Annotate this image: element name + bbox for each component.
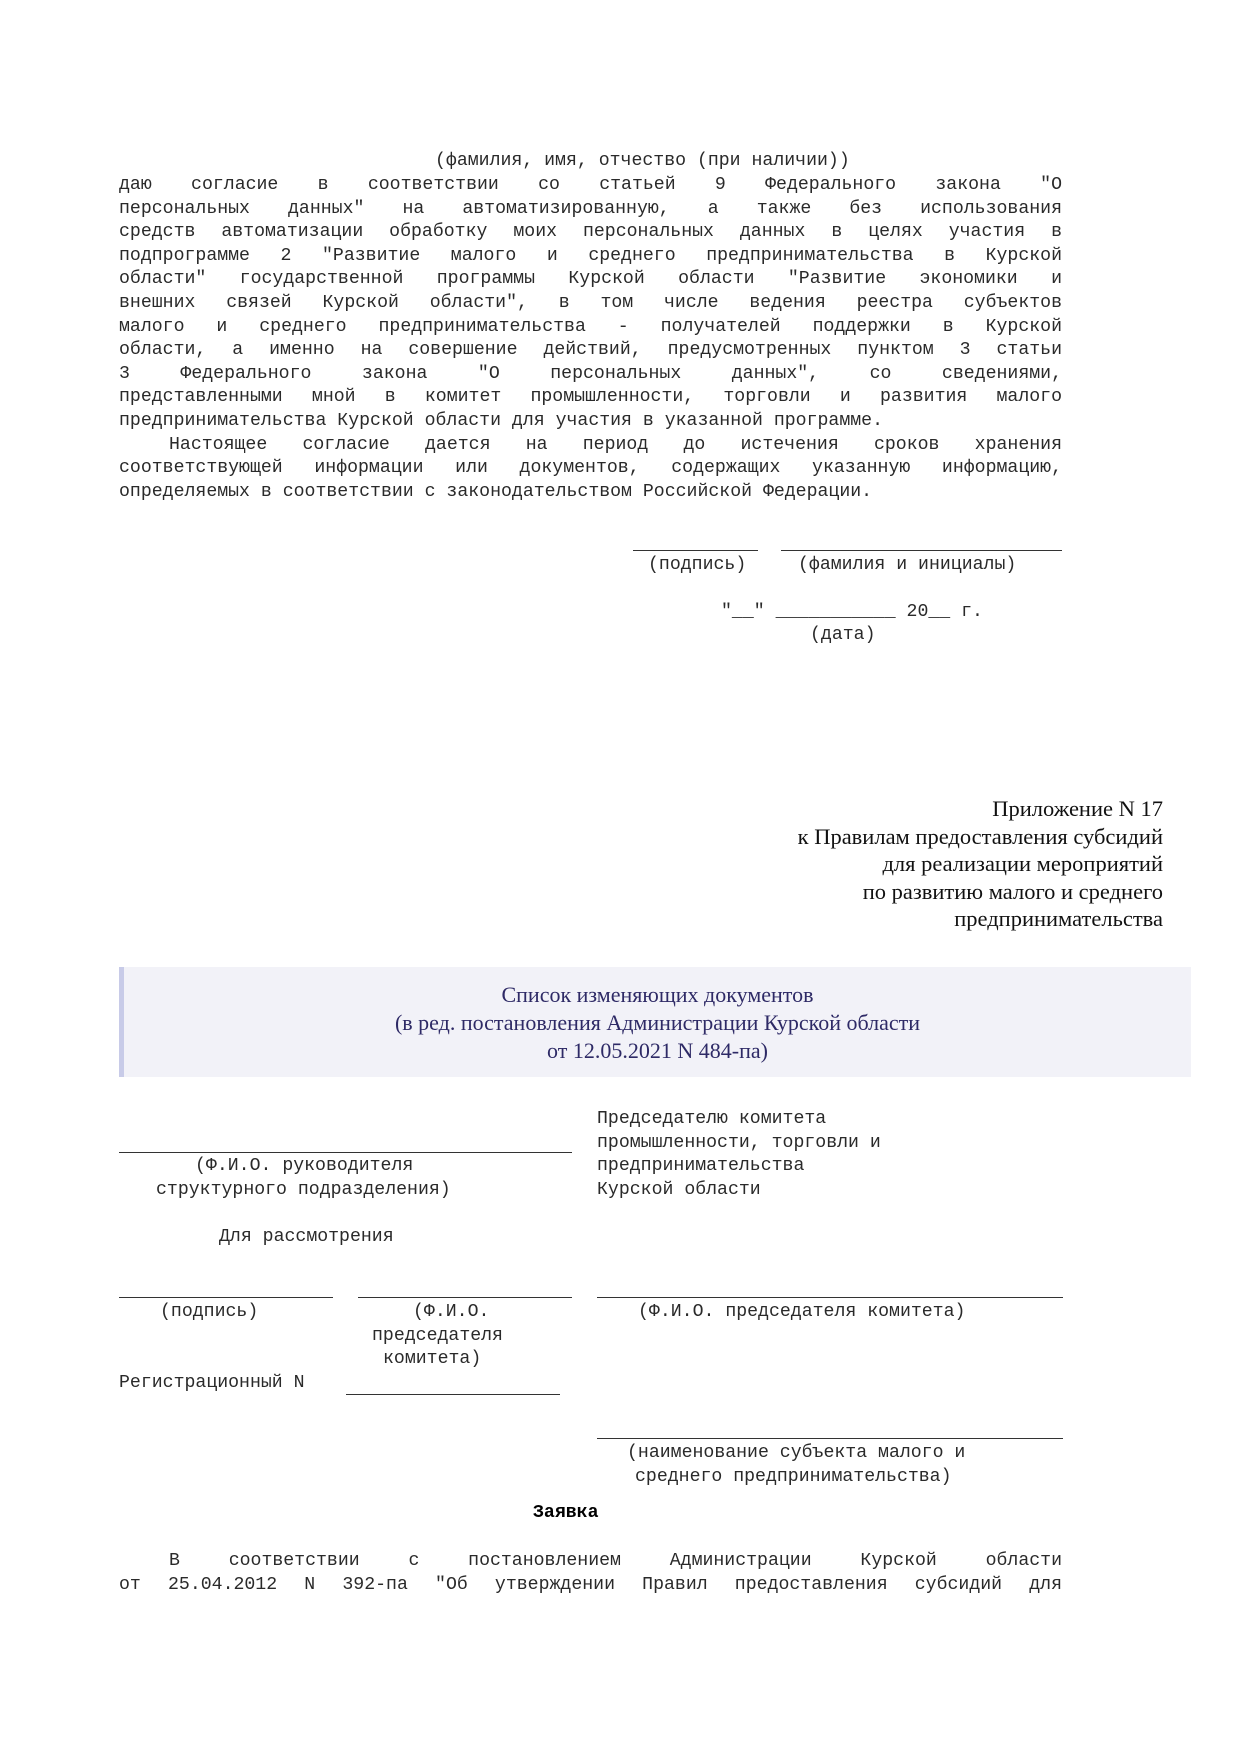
sig-line — [119, 1297, 333, 1298]
appendix-heading: Приложение N 17 к Правилам предоставлени… — [798, 795, 1163, 933]
chair-caption: (Ф.И.О. — [413, 1301, 489, 1325]
head-caption: структурного подразделения) — [156, 1179, 451, 1203]
entity-name-line — [597, 1438, 1063, 1439]
addressee-line: Курской области — [597, 1179, 761, 1203]
chair-caption: комитета) — [383, 1348, 481, 1372]
date-line: "__" ___________ 20__ г. — [721, 601, 983, 625]
application-title: Заявка — [533, 1502, 599, 1526]
addressee-line: Председателю комитета — [597, 1108, 826, 1132]
consent-line: области, а именно на совершение действий… — [119, 339, 1062, 363]
appendix-line: для реализации мероприятий — [798, 850, 1163, 878]
changes-title: Список изменяющих документов — [124, 981, 1191, 1009]
consent-line: подпрограмме 2 "Развитие малого и средне… — [119, 245, 1062, 269]
consent-line: даю согласие в соответствии со статьей 9… — [119, 174, 1062, 198]
changes-line: (в ред. постановления Администрации Курс… — [124, 1009, 1191, 1037]
chair-caption: председателя — [372, 1325, 503, 1349]
consent-para2-line: Настоящее согласие дается на период до и… — [169, 434, 1062, 458]
entity-caption: среднего предпринимательства) — [635, 1466, 952, 1490]
consent-last-line: предпринимательства Курской области для … — [119, 410, 883, 434]
signature-line — [633, 550, 758, 551]
consent-para2-last: определяемых в соответствии с законодате… — [119, 481, 872, 505]
appendix-line: к Правилам предоставления субсидий — [798, 823, 1163, 851]
sig-caption: (подпись) — [160, 1301, 258, 1325]
addressee-line: промышленности, торговли и — [597, 1132, 881, 1156]
head-caption: (Ф.И.О. руководителя — [195, 1155, 413, 1179]
consent-line: 3 Федерального закона "О персональных да… — [119, 363, 1062, 387]
consent-para2-line: соответствующей информации или документо… — [119, 457, 1062, 481]
appendix-line: предпринимательства — [798, 905, 1163, 933]
chair-name-line — [358, 1297, 572, 1298]
consent-line: малого и среднего предпринимательства - … — [119, 316, 1062, 340]
fio-caption: (фамилия, имя, отчество (при наличии)) — [435, 150, 850, 174]
application-body-line: В соответствии с постановлением Админист… — [169, 1550, 1062, 1574]
consent-line: представленными мной в комитет промышлен… — [119, 386, 1062, 410]
consent-line: персональных данных" на автоматизированн… — [119, 198, 1062, 222]
chair-full-line — [597, 1297, 1063, 1298]
addressee-line: предпринимательства — [597, 1155, 804, 1179]
consent-line: внешних связей Курской области", в том ч… — [119, 292, 1062, 316]
changes-box: Список изменяющих документов (в ред. пос… — [119, 967, 1191, 1077]
reg-label: Регистрационный N — [119, 1372, 305, 1396]
head-name-line — [119, 1152, 572, 1153]
consent-line: средств автоматизации обработку моих пер… — [119, 221, 1062, 245]
changes-link[interactable]: от 12.05.2021 N 484-па) — [124, 1037, 1191, 1065]
name-caption: (фамилия и инициалы) — [798, 554, 1016, 578]
appendix-line: по развитию малого и среднего — [798, 878, 1163, 906]
signature-caption: (подпись) — [648, 554, 746, 578]
name-line — [781, 550, 1062, 551]
chair-full-caption: (Ф.И.О. председателя комитета) — [638, 1301, 965, 1325]
application-body-line: от 25.04.2012 N 392-па "Об утверждении П… — [119, 1574, 1062, 1598]
for-review: Для рассмотрения — [219, 1226, 394, 1250]
reg-number-line — [346, 1394, 560, 1395]
appendix-line: Приложение N 17 — [798, 795, 1163, 823]
changes-text: Список изменяющих документов (в ред. пос… — [124, 967, 1191, 1065]
date-caption: (дата) — [810, 624, 876, 648]
consent-line: области" государственной программы Курск… — [119, 268, 1062, 292]
entity-caption: (наименование субъекта малого и — [627, 1442, 965, 1466]
